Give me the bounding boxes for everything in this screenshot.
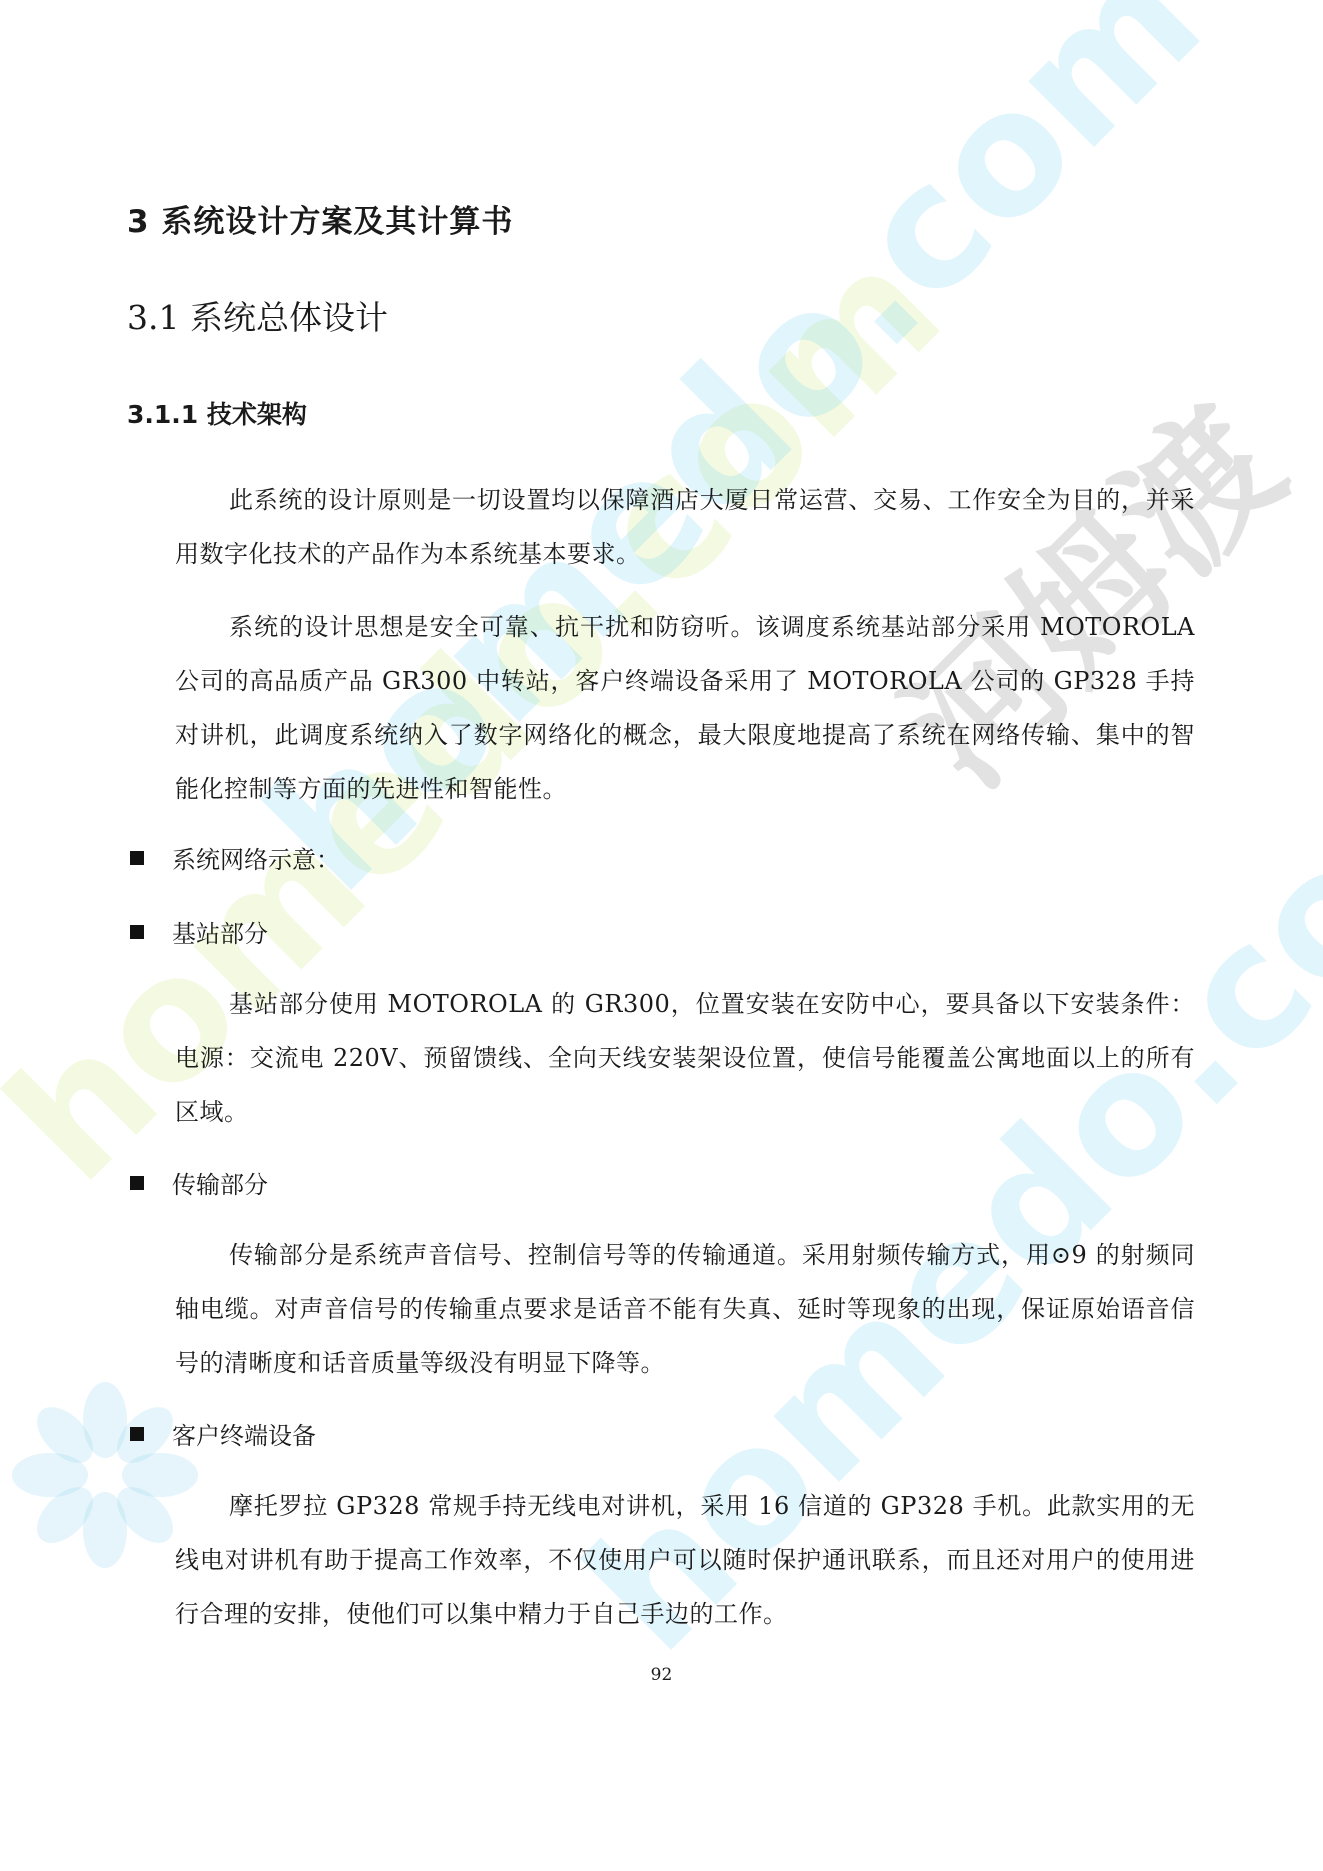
paragraph-client-terminal: 摩托罗拉 GP328 常规手持无线电对讲机，采用 16 信道的 GP328 手机… xyxy=(175,1479,1195,1641)
paragraph-design-idea: 系统的设计思想是安全可靠、抗干扰和防窃听。该调度系统基站部分采用 MOTOROL… xyxy=(175,600,1195,816)
bullet-label: 系统网络示意： xyxy=(172,840,340,875)
bullet-square-icon xyxy=(130,851,144,865)
bullet-square-icon xyxy=(130,925,144,939)
page-number: 92 xyxy=(0,1665,1323,1685)
bullet-base-station: 基站部分 xyxy=(130,914,268,949)
document-page: 3 系统设计方案及其计算书 3.1 系统总体设计 3.1.1 技术架构 此系统的… xyxy=(0,0,1323,1871)
bullet-square-icon xyxy=(130,1176,144,1190)
bullet-client-terminal: 客户终端设备 xyxy=(130,1416,316,1451)
bullet-square-icon xyxy=(130,1427,144,1441)
bullet-network-diagram: 系统网络示意： xyxy=(130,840,340,875)
paragraph-design-principle: 此系统的设计原则是一切设置均以保障酒店大厦日常运营、交易、工作安全为目的，并采用… xyxy=(175,473,1195,581)
bullet-label: 传输部分 xyxy=(172,1165,268,1200)
subsection-heading: 3.1.1 技术架构 xyxy=(127,395,307,431)
paragraph-base-station: 基站部分使用 MOTOROLA 的 GR300，位置安装在安防中心，要具备以下安… xyxy=(175,977,1195,1139)
bullet-label: 基站部分 xyxy=(172,914,268,949)
chapter-heading: 3 系统设计方案及其计算书 xyxy=(127,196,513,241)
section-heading: 3.1 系统总体设计 xyxy=(127,292,388,339)
bullet-label: 客户终端设备 xyxy=(172,1416,316,1451)
paragraph-transmission: 传输部分是系统声音信号、控制信号等的传输通道。采用射频传输方式，用⊙9 的射频同… xyxy=(175,1228,1195,1390)
bullet-transmission: 传输部分 xyxy=(130,1165,268,1200)
